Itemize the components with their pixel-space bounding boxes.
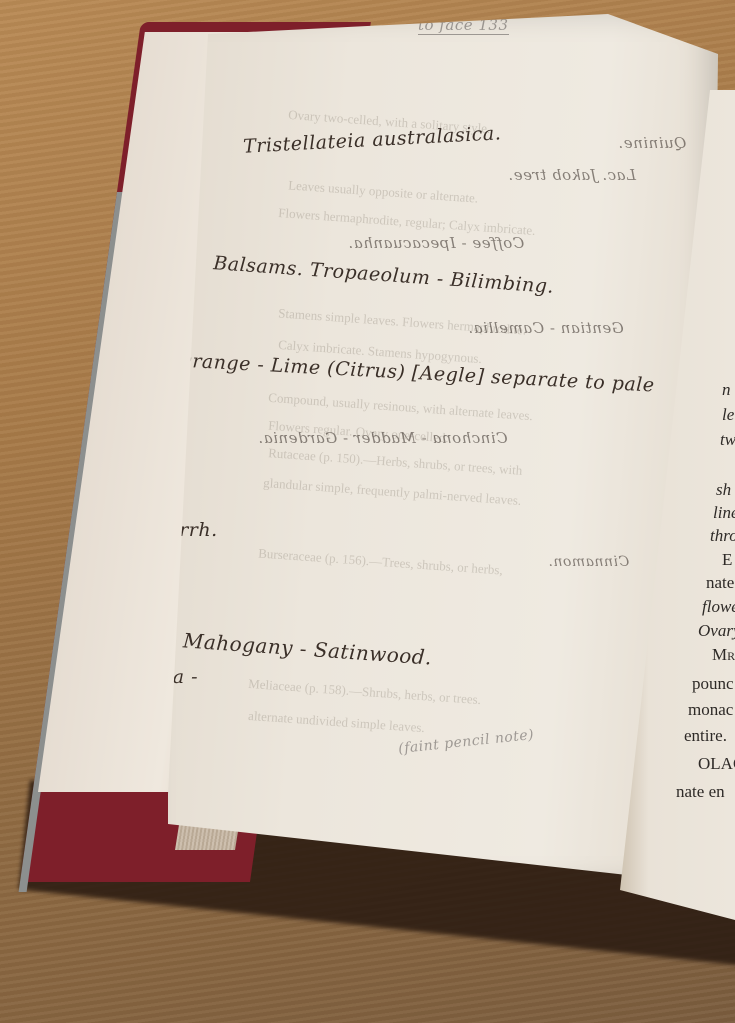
right-page-fragment: sh [716, 480, 731, 500]
right-page-fragment: pounc [692, 674, 734, 694]
right-page-fragment: n [722, 380, 731, 400]
right-page-fragment: line [713, 503, 735, 523]
mirrored-handwriting: Quinine. [618, 134, 687, 152]
mirrored-handwriting: Gentian - Camellia. [468, 319, 624, 337]
right-page-fragment: tw [720, 430, 735, 450]
right-page-fragment: nate en [676, 782, 725, 802]
printed-text-line: Meliaceae (p. 158).—Shrubs, herbs, or tr… [248, 676, 482, 708]
printed-text-line: glandular simple, frequently palmi-nerve… [263, 475, 522, 509]
right-page-fragment: nate [706, 573, 734, 593]
right-page-fragment: Mr [712, 645, 735, 665]
right-page-fragment: le [722, 405, 734, 425]
right-page-fragment: thro [710, 526, 735, 546]
printed-text-line: Compound, usually resinous, with alterna… [268, 390, 533, 424]
annotation-balsams: Balsams. Tropaeolum - Bilimbing. [213, 252, 555, 298]
right-page-fragment: Ovary [698, 621, 735, 641]
right-page-fragment: OLAC [698, 754, 735, 774]
mirrored-handwriting: Coffee - Ipecacuanha. [348, 234, 524, 252]
mirrored-handwriting: Lac. Jakob tree. [508, 166, 636, 184]
printed-text-line: Burseraceae (p. 156).—Trees, shrubs, or … [258, 545, 504, 578]
right-page-fragment: entire. [684, 726, 727, 746]
mirrored-handwriting: Cinnamon. [548, 554, 629, 570]
right-page-fragment: flowe [702, 597, 735, 617]
printed-text-line: Leaves usually opposite or alternate. [288, 177, 479, 206]
right-page-fragment: monac [688, 700, 733, 720]
mirrored-handwriting: Cinchona - Madder - Gardenia. [258, 429, 508, 447]
printed-text-line: Rutaceae (p. 150).—Herbs, shrubs, or tre… [268, 445, 523, 479]
printed-text-line: alternate undivided simple leaves. [248, 708, 426, 736]
right-page-fragment: E [722, 550, 732, 570]
